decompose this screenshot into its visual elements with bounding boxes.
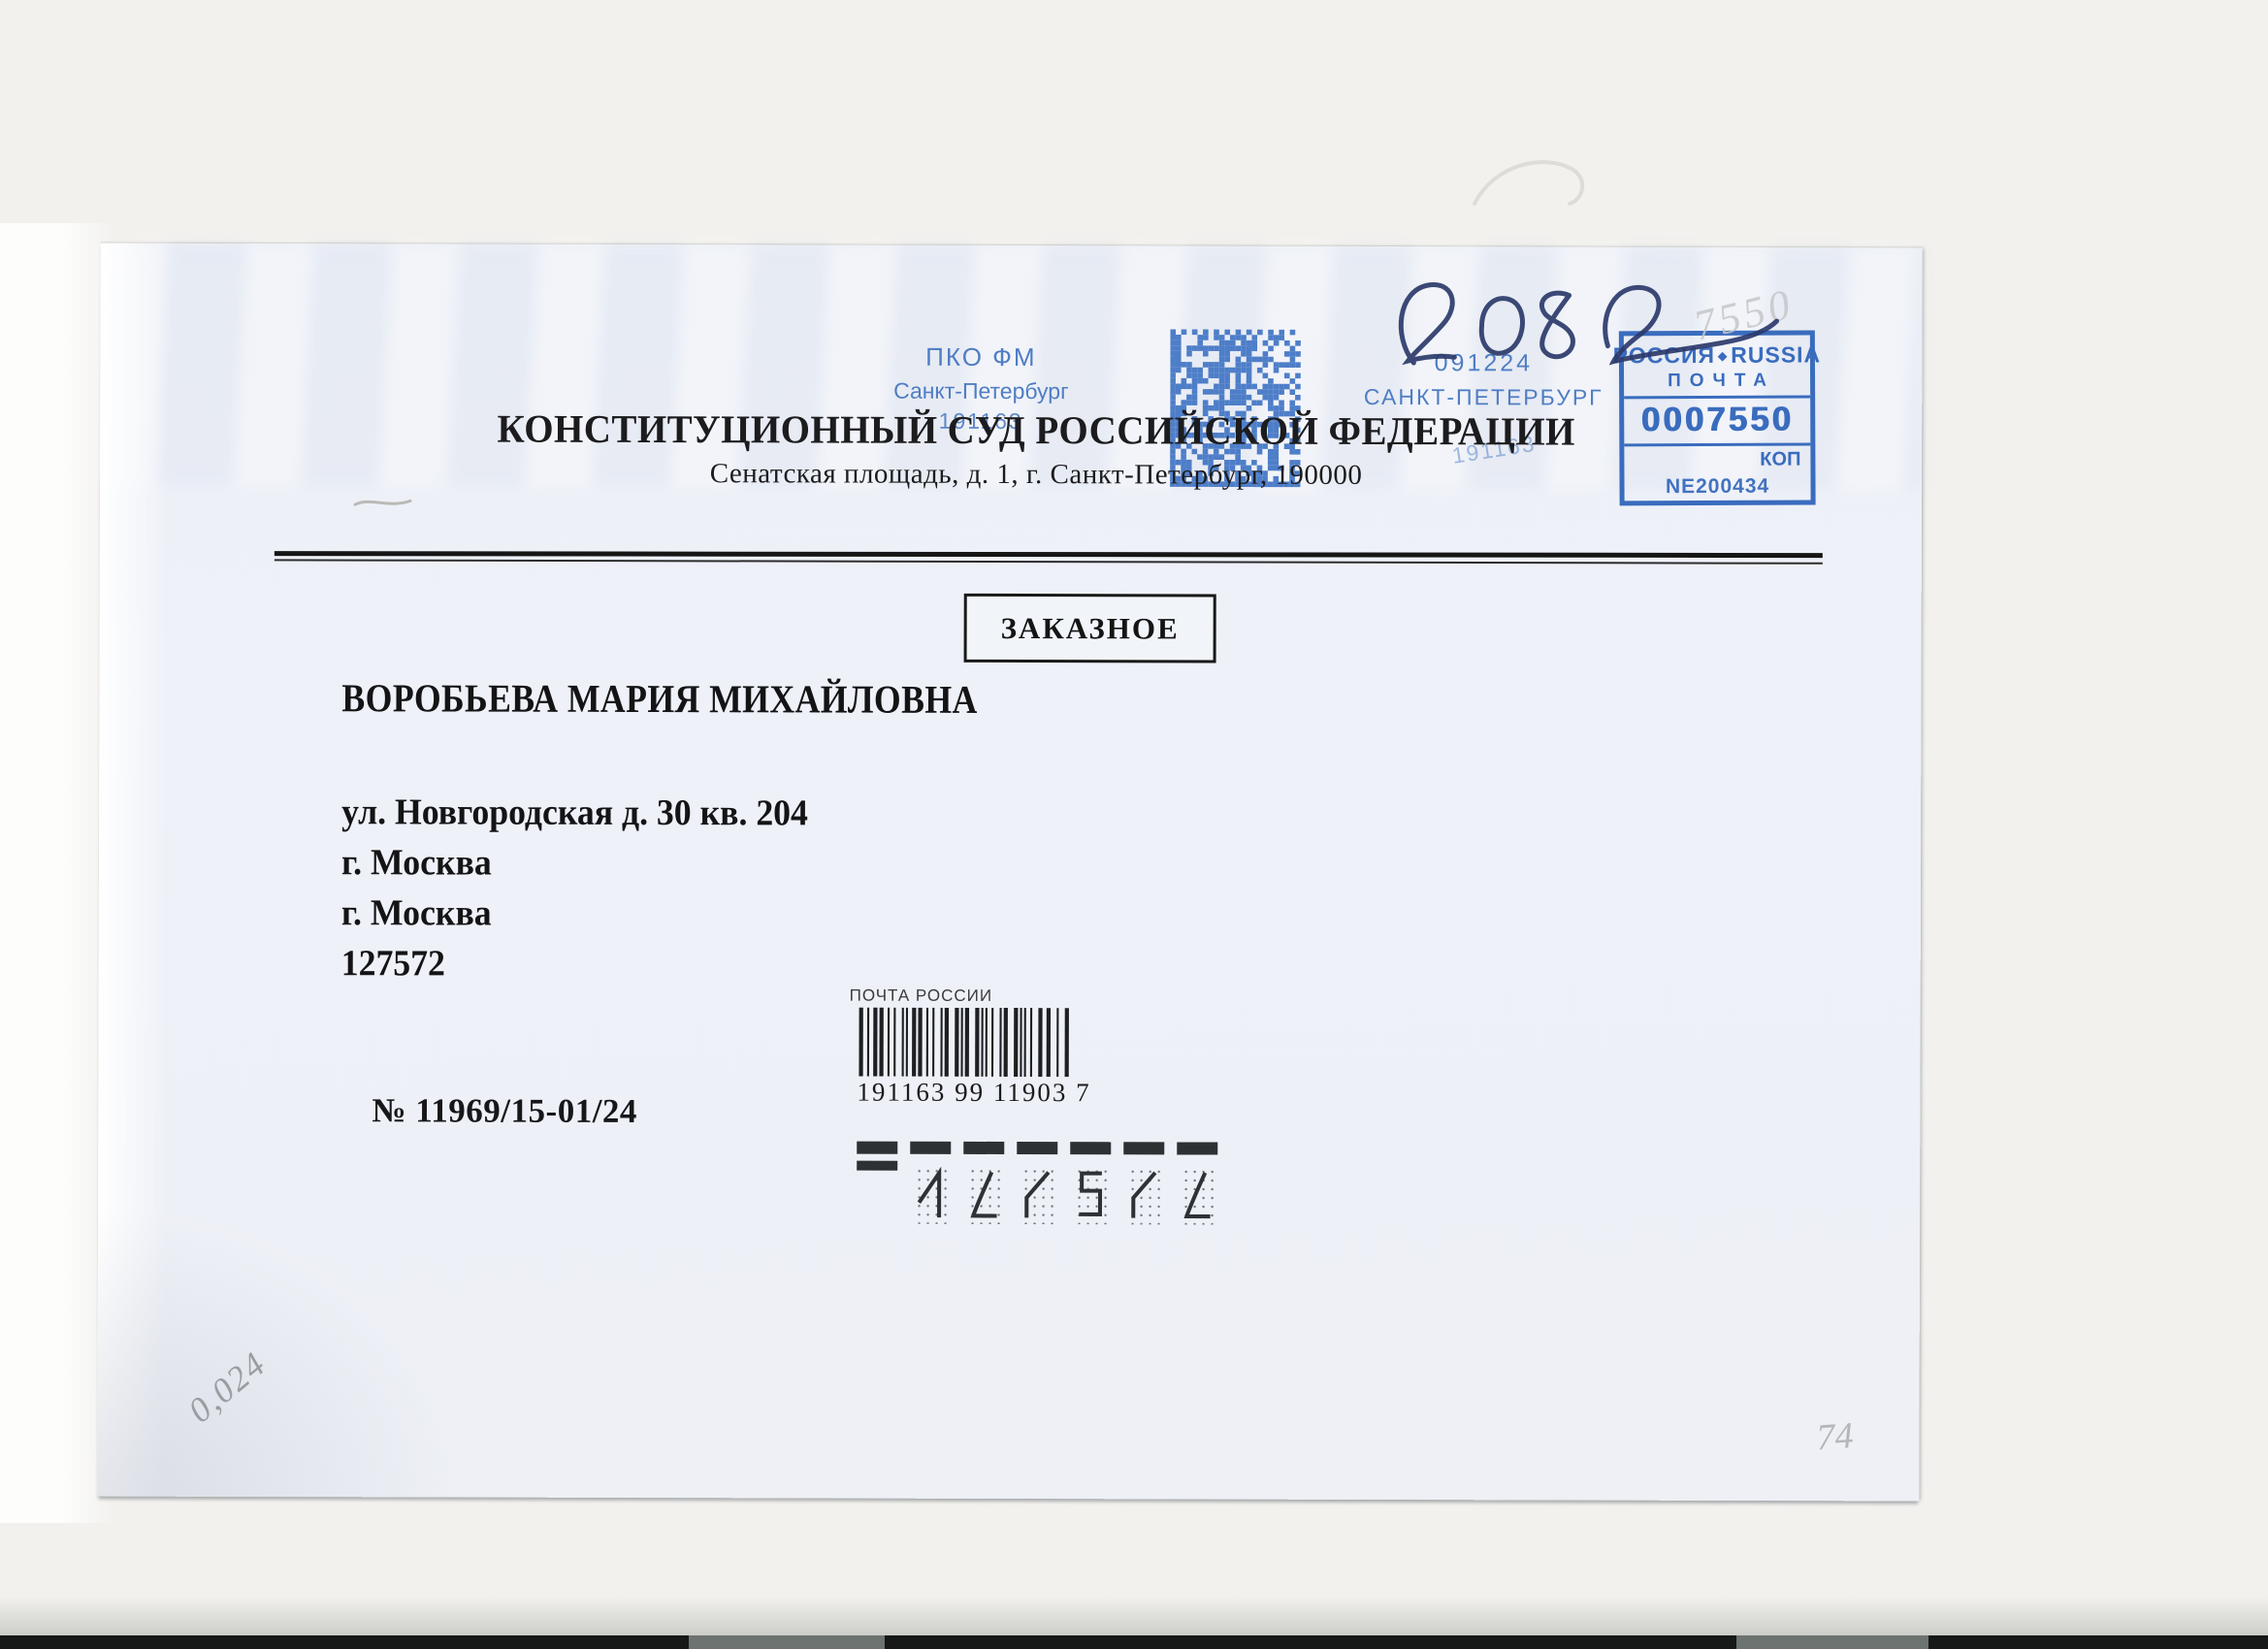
frank-left-line2: Санкт-Петербург bbox=[855, 378, 1107, 405]
handwritten-ink-number bbox=[1378, 262, 1796, 394]
envelope-corner-shade bbox=[97, 1206, 467, 1498]
header-double-rule bbox=[275, 551, 1823, 564]
recipient-address-block: ул. Новгородская д. 30 кв. 204 г. Москва… bbox=[341, 791, 808, 993]
sender-address: Сенатская площадь, д. 1, г. Санкт-Петерб… bbox=[391, 457, 1681, 492]
outgoing-reference-number: № 11969/15-01/24 bbox=[372, 1091, 637, 1131]
handwritten-corner-note: 74 bbox=[1815, 1414, 1855, 1459]
postal-index-stencil bbox=[857, 1142, 1230, 1225]
frank-left-line1: ПКО ФМ bbox=[855, 342, 1107, 373]
index-digit-column bbox=[1123, 1142, 1164, 1224]
recipient-postal-code: 127572 bbox=[341, 942, 808, 986]
sender-title: КОНСТИТУЦИОННЫЙ СУД РОССИЙСКОЙ ФЕДЕРАЦИИ bbox=[423, 404, 1649, 454]
index-digit-column bbox=[1177, 1142, 1217, 1224]
tracking-number: 191163 99 11903 7 bbox=[857, 1078, 1090, 1109]
index-digit-column bbox=[1070, 1142, 1111, 1224]
registered-mail-badge: ЗАКАЗНОЕ bbox=[964, 594, 1216, 663]
recipient-address-line: г. Москва bbox=[341, 841, 808, 886]
recipient-name: ВОРОБЬЕВА МАРИЯ МИХАЙЛОВНА bbox=[341, 674, 977, 723]
index-digit-column bbox=[910, 1142, 951, 1224]
envelope: ПКО ФМ Санкт-Петербург 191163 091224 САН… bbox=[97, 242, 1922, 1502]
scanner-band-gap bbox=[1736, 1635, 1928, 1649]
rule-thick-line bbox=[275, 551, 1823, 558]
tracking-barcode bbox=[857, 1008, 1080, 1078]
faint-pencil-mark bbox=[1455, 136, 1630, 242]
small-pencil-squiggle bbox=[350, 491, 418, 514]
recipient-address-line: ул. Новгородская д. 30 кв. 204 bbox=[341, 791, 808, 835]
rule-thin-line bbox=[275, 559, 1823, 564]
meter-divider-top bbox=[1624, 395, 1810, 399]
index-digit-column bbox=[1017, 1142, 1057, 1224]
scanner-bed-shadow bbox=[0, 1597, 2268, 1635]
index-digit-column bbox=[963, 1142, 1004, 1224]
barcode-label: ПОЧТА РОССИИ bbox=[850, 986, 993, 1006]
scanner-edge-band bbox=[0, 1635, 2268, 1649]
meter-unit: КОП bbox=[1760, 448, 1810, 470]
index-equals-mark bbox=[857, 1142, 897, 1224]
recipient-address-line: г. Москва bbox=[341, 891, 808, 936]
sender-block: КОНСТИТУЦИОННЫЙ СУД РОССИЙСКОЙ ФЕДЕРАЦИИ… bbox=[391, 404, 1681, 492]
scanned-envelope-page: ПКО ФМ Санкт-Петербург 191163 091224 САН… bbox=[0, 0, 2268, 1649]
scanner-band-gap bbox=[689, 1635, 885, 1649]
